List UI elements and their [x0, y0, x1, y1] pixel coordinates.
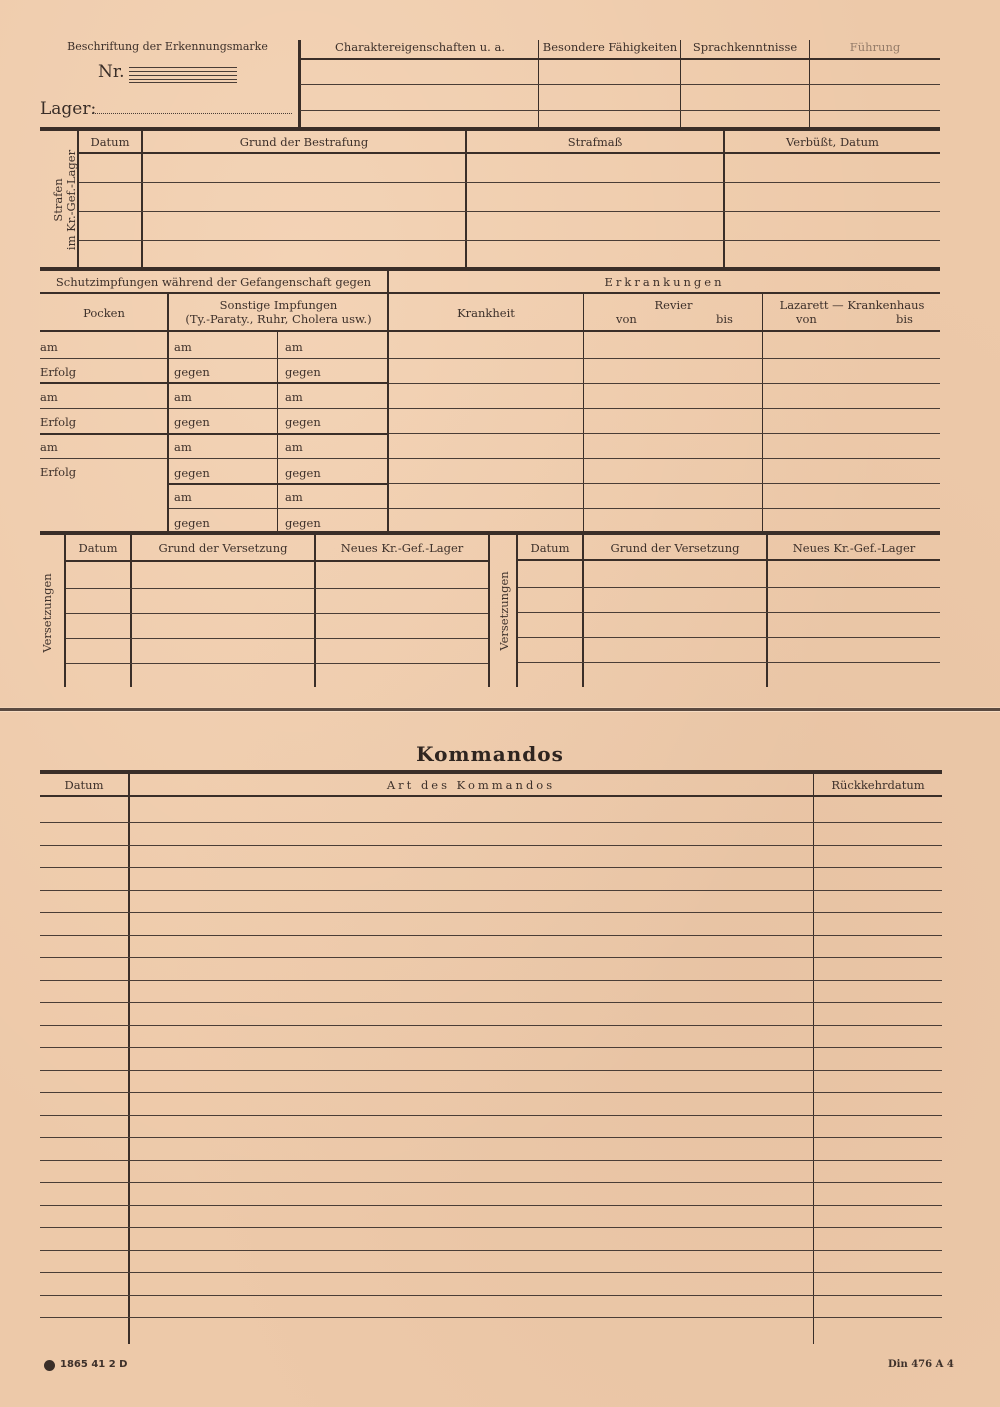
kommandos-row-line: [40, 935, 942, 936]
col-datum: Datum: [518, 541, 582, 555]
sonstige-cell: gegen: [174, 415, 210, 429]
col-art: Art des Kommandos: [130, 778, 812, 792]
kommandos-title: Kommandos: [40, 742, 940, 766]
kommandos-row-line: [40, 1047, 942, 1048]
col-datum: Datum: [40, 778, 128, 792]
versetzungen-side-label: Versetzungen: [498, 561, 514, 661]
din-label: Din 476 A 4: [888, 1359, 954, 1370]
kommandos-row-line: [40, 1227, 942, 1228]
col-grund: Grund der Versetzung: [132, 541, 314, 555]
kommandos-row-line: [40, 890, 942, 891]
sonstige-cell: gegen: [285, 415, 321, 429]
revier-von: von: [616, 312, 637, 326]
sonstige-cell: gegen: [285, 466, 321, 480]
kommandos-row-line: [40, 1092, 942, 1093]
sonstige-cell: gegen: [285, 365, 321, 379]
kommandos-row-line: [40, 1160, 942, 1161]
kommandos-row-line: [40, 1250, 942, 1251]
lazarett-bis: bis: [896, 312, 913, 326]
kommandos-row-line: [40, 1272, 942, 1273]
page-fold: [0, 708, 1000, 711]
sonstige-cell: am: [285, 390, 303, 404]
col-grund: Grund der Bestrafung: [143, 135, 465, 149]
col-revier: Revier: [585, 298, 762, 312]
sonstige-label-1: Sonstige Impfungen: [170, 298, 387, 312]
col-fuehrung: Führung: [810, 40, 940, 54]
lazarett-von: von: [796, 312, 817, 326]
kommandos-row-line: [40, 912, 942, 913]
pocken-row: Erfolg: [40, 415, 76, 429]
impfungen-title: Schutzimpfungen während der Gefangenscha…: [40, 275, 387, 289]
sonstige-cell: am: [174, 440, 192, 454]
pocken-row: Erfolg: [40, 365, 76, 379]
col-lazarett: Lazarett — Krankenhaus: [764, 298, 940, 312]
kommandos-row-line: [40, 1137, 942, 1138]
revier-bis: bis: [716, 312, 733, 326]
col-datum: Datum: [79, 135, 141, 149]
printer-mark-icon: [44, 1360, 55, 1371]
kommandos-row-line: [40, 1070, 942, 1071]
kommandos-row-line: [40, 1115, 942, 1116]
pocken-label: Pocken: [40, 306, 168, 320]
sonstige-cell: gegen: [174, 516, 210, 530]
kommandos-row-line: [40, 1025, 942, 1026]
col-neues-lager: Neues Kr.-Gef.-Lager: [316, 541, 488, 555]
col-neues-lager: Neues Kr.-Gef.-Lager: [768, 541, 940, 555]
kommandos-row-line: [40, 1317, 942, 1318]
kommandos-row-line: [40, 867, 942, 868]
kommandos-row-line: [40, 1205, 942, 1206]
col-verbuesst: Verbüßt, Datum: [725, 135, 940, 149]
pocken-row: am: [40, 340, 58, 354]
col-datum: Datum: [66, 541, 130, 555]
kommandos-row-line: [40, 845, 942, 846]
col-sprachkenntnisse: Sprachkenntnisse: [681, 40, 809, 54]
sonstige-cell: am: [174, 340, 192, 354]
versetzungen-side-label: Versetzungen: [41, 563, 57, 663]
lager-label: Lager:: [40, 99, 96, 119]
kommandos-row-line: [40, 980, 942, 981]
sonstige-cell: gegen: [174, 365, 210, 379]
kommandos-row-line: [40, 1182, 942, 1183]
col-strafmass: Strafmaß: [467, 135, 723, 149]
col-krankheit: Krankheit: [389, 306, 583, 320]
sonstige-cell: am: [285, 340, 303, 354]
kommandos-row-line: [40, 1295, 942, 1296]
kommandos-row-line: [40, 1002, 942, 1003]
sonstige-cell: gegen: [285, 516, 321, 530]
sonstige-cell: am: [174, 490, 192, 504]
sonstige-cell: am: [174, 390, 192, 404]
erkrankungen-title: Erkrankungen: [389, 275, 940, 289]
col-grund: Grund der Versetzung: [584, 541, 766, 555]
nr-label: Nr.: [98, 62, 125, 82]
col-charakter: Charaktereigenschaften u. a.: [302, 40, 538, 54]
print-code: 1865 41 2 D: [60, 1359, 127, 1370]
pocken-row: am: [40, 390, 58, 404]
kommandos-row-line: [40, 957, 942, 958]
lager-field[interactable]: [92, 113, 292, 114]
col-faehigkeiten: Besondere Fähigkeiten: [540, 40, 680, 54]
sonstige-cell: am: [285, 440, 303, 454]
sonstige-label-2: (Ty.-Paraty., Ruhr, Cholera usw.): [170, 312, 387, 326]
col-rueckkehrdatum: Rückkehrdatum: [814, 778, 942, 792]
pocken-row: am: [40, 440, 58, 454]
kommandos-row-line: [40, 822, 942, 823]
sonstige-cell: am: [285, 490, 303, 504]
sonstige-cell: gegen: [174, 466, 210, 480]
pocken-row: Erfolg: [40, 465, 76, 479]
tag-label: Beschriftung der Erkennungsmarke: [40, 40, 295, 53]
